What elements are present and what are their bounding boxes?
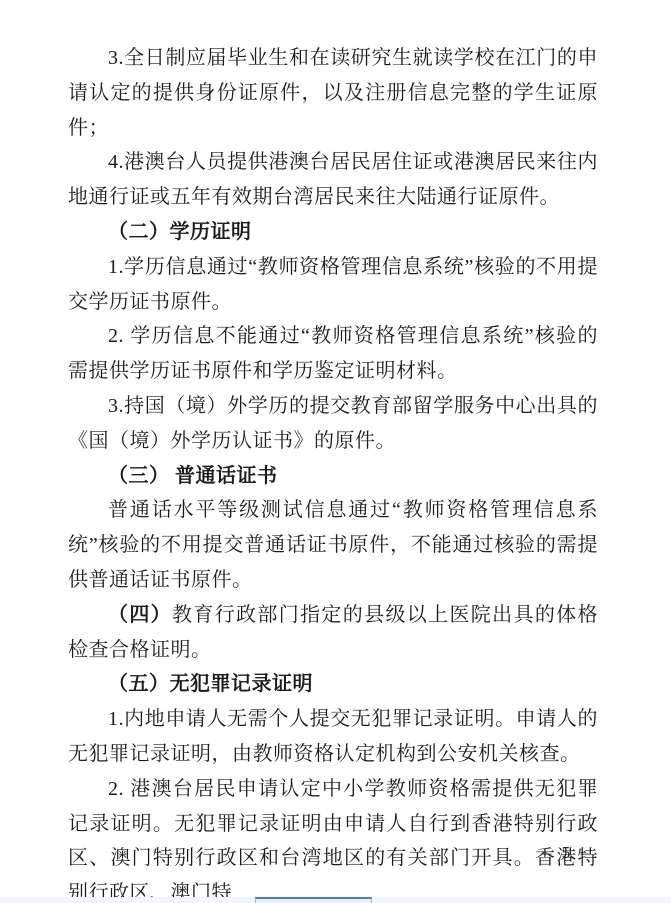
- section-heading: （三） 普通话证书: [68, 459, 598, 494]
- paragraph: 普通话水平等级测试信息通过“教师资格管理信息系统”核验的不用提交普通话证书原件，…: [68, 493, 598, 597]
- inline-heading-prefix: （四）: [108, 604, 172, 626]
- paragraph: 1.学历信息通过“教师资格管理信息系统”核验的不用提交学历证书原件。: [68, 250, 598, 320]
- paragraph: 2. 学历信息不能通过“教师资格管理信息系统”核验的需提供学历证书原件和学历鉴定…: [68, 319, 598, 389]
- document-page: 3.全日制应届毕业生和在读研究生就读学校在江门的申请认定的提供身份证原件，以及注…: [0, 0, 671, 903]
- partially-visible-bottom-element[interactable]: [255, 897, 372, 903]
- section-heading: （二）学历证明: [68, 215, 598, 250]
- page-number: – 5 –: [543, 843, 592, 863]
- paragraph: 1.内地申请人无需个人提交无犯罪记录证明。申请人的无犯罪记录证明，由教师资格认定…: [68, 702, 598, 772]
- document-body: 3.全日制应届毕业生和在读研究生就读学校在江门的申请认定的提供身份证原件，以及注…: [68, 0, 598, 903]
- paragraph: 3.持国（境）外学历的提交教育部留学服务中心出具的《国（境）外学历认证书》的原件…: [68, 389, 598, 459]
- paragraph: 3.全日制应届毕业生和在读研究生就读学校在江门的申请认定的提供身份证原件，以及注…: [68, 41, 598, 145]
- paragraph: 2. 港澳台居民申请认定中小学教师资格需提供无犯罪记录证明。无犯罪记录证明由申请…: [68, 772, 598, 903]
- paragraph: （四）教育行政部门指定的县级以上医院出具的体格检查合格证明。: [68, 598, 598, 668]
- paragraph: 4.港澳台人员提供港澳台居民居住证或港澳居民来往内地通行证或五年有效期台湾居民来…: [68, 145, 598, 215]
- section-heading: （五）无犯罪记录证明: [68, 667, 598, 702]
